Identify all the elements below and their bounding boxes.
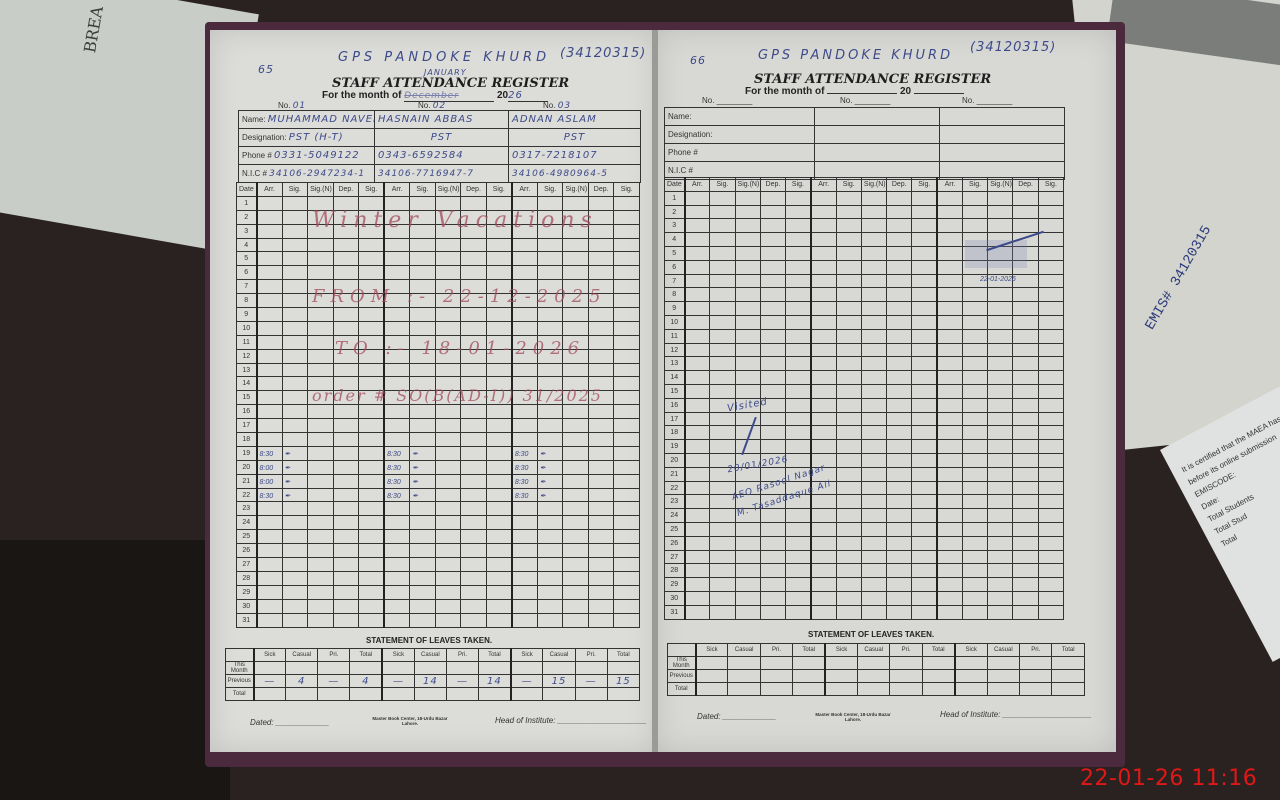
- school-name: GPS PANDOKE KHURD: [338, 50, 550, 65]
- table-row: 10: [665, 316, 1064, 330]
- school-code: (34120315): [560, 46, 646, 61]
- staff-2-designation: PST: [375, 129, 509, 147]
- leaves-row-total: Total: [226, 688, 640, 701]
- printer-imprint: Master Book Center, 18-Urdu Bazar Lahore…: [808, 712, 898, 722]
- staff-2-phone: 0343-6592584: [375, 147, 509, 165]
- table-row: 17: [665, 412, 1064, 426]
- register-title: STAFF ATTENDANCE REGISTER: [332, 76, 569, 91]
- table-row: 20: [665, 454, 1064, 468]
- table-row: 26: [237, 544, 640, 558]
- table-row: 18: [665, 426, 1064, 440]
- table-row: 12: [237, 349, 640, 363]
- camera-timestamp: 22-01-26 11:16: [1080, 766, 1257, 791]
- table-row: 3: [665, 219, 1064, 233]
- table-row: 1: [665, 191, 1064, 205]
- month-label: For the month of: [322, 90, 401, 101]
- table-row: 6: [665, 260, 1064, 274]
- table-row: 1: [237, 196, 640, 210]
- table-row: 7: [665, 274, 1064, 288]
- table-row: 10: [237, 321, 640, 335]
- table-row: 4: [665, 233, 1064, 247]
- table-row: 29: [665, 578, 1064, 592]
- table-row: 15: [665, 385, 1064, 399]
- leaves-row-previous: Previous —4—4 —14—14 —15—15: [226, 675, 640, 688]
- staff-3-name: ADNAN ASLAM: [509, 111, 641, 129]
- table-row: 16: [665, 398, 1064, 412]
- book-spine: [652, 30, 658, 752]
- table-row: 27: [665, 550, 1064, 564]
- table-row: 23: [237, 502, 640, 516]
- grid-header-row: DateArr.Sig.Sig.(N)Dep.Sig.Arr.Sig.Sig.(…: [665, 178, 1064, 192]
- table-row: 14: [237, 377, 640, 391]
- table-row: 27: [237, 558, 640, 572]
- table-row: 24: [237, 516, 640, 530]
- left-staff-info-table: Name: MUHAMMAD NAVEED HASNAIN ABBAS ADNA…: [238, 110, 641, 183]
- table-row: 30: [237, 599, 640, 613]
- table-row: 9: [665, 302, 1064, 316]
- table-row: 6: [237, 266, 640, 280]
- table-row: 11: [237, 335, 640, 349]
- left-attendance-grid: DateArr.Sig.Sig.(N)Dep.Sig.Arr.Sig.Sig.(…: [236, 182, 640, 628]
- table-row: 8: [665, 288, 1064, 302]
- staff-1-designation: Designation: PST (H-T): [239, 129, 375, 147]
- table-row: 16: [237, 405, 640, 419]
- table-row: 12: [665, 343, 1064, 357]
- table-row: 2: [237, 210, 640, 224]
- designation-row: Designation: PST (H-T) PST PST: [239, 129, 641, 147]
- table-row: 30: [665, 592, 1064, 606]
- left-leaves-table: SickCasualPri.Total SickCasualPri.Total …: [225, 648, 640, 701]
- staff-2-nic: 34106-7716947-7: [375, 165, 509, 183]
- staff-3-designation: PST: [509, 129, 641, 147]
- phone-row: Phone # 0331-5049122 0343-6592584 0317-7…: [239, 147, 641, 165]
- dated-field: Dated: ____________: [250, 718, 329, 727]
- table-row: 31: [665, 605, 1064, 619]
- table-row: 8: [237, 294, 640, 308]
- table-row: 5: [665, 247, 1064, 261]
- table-row: 28: [237, 571, 640, 585]
- right-leaves-table: SickCasualPri.Total SickCasualPri.Total …: [667, 643, 1085, 696]
- table-row: 28: [665, 564, 1064, 578]
- table-row: 31: [237, 613, 640, 627]
- table-row: 14: [665, 371, 1064, 385]
- register-title: STAFF ATTENDANCE REGISTER: [754, 72, 991, 87]
- head-of-institute-field: Head of Institute: ____________________: [495, 716, 647, 725]
- table-row: 218:00✒8:30✒8:30✒: [237, 474, 640, 488]
- table-row: 9: [237, 308, 640, 322]
- table-row: 13: [665, 357, 1064, 371]
- table-row: 4: [237, 238, 640, 252]
- page-number-mark: 66: [690, 54, 706, 67]
- background-shadow: [0, 540, 230, 800]
- name-row: Name: MUHAMMAD NAVEED HASNAIN ABBAS ADNA…: [239, 111, 641, 129]
- table-row: 21: [665, 467, 1064, 481]
- nic-row: N.I.C # 34106-2947234-1 34106-7716947-7 …: [239, 165, 641, 183]
- table-row: 25: [665, 523, 1064, 537]
- staff-2-name: HASNAIN ABBAS: [375, 111, 509, 129]
- table-row: 228:30✒8:30✒8:30✒: [237, 488, 640, 502]
- table-row: 26: [665, 536, 1064, 550]
- page-number-mark: 65: [258, 63, 274, 76]
- school-name: GPS PANDOKE KHURD: [758, 48, 953, 63]
- staff-3-phone: 0317-7218107: [509, 147, 641, 165]
- staff-1-phone: Phone # 0331-5049122: [239, 147, 375, 165]
- table-row: 18: [237, 433, 640, 447]
- table-row: 208:00✒8:30✒8:30✒: [237, 460, 640, 474]
- year-prefix: 20: [497, 90, 508, 101]
- table-row: 17: [237, 419, 640, 433]
- table-row: 11: [665, 329, 1064, 343]
- table-row: 2: [665, 205, 1064, 219]
- leaves-title: STATEMENT OF LEAVES TAKEN.: [366, 636, 492, 645]
- school-code: (34120315): [970, 40, 1056, 55]
- leaves-row-this-month: This Month: [226, 662, 640, 675]
- staff-1-nic: N.I.C # 34106-2947234-1: [239, 165, 375, 183]
- right-attendance-grid: DateArr.Sig.Sig.(N)Dep.Sig.Arr.Sig.Sig.(…: [664, 177, 1064, 620]
- staff-numbers: No. ________ No. ________ No. ________: [702, 96, 1042, 105]
- dated-field: Dated: ____________: [697, 712, 776, 721]
- table-row: 5: [237, 252, 640, 266]
- grid-header-row: DateArr.Sig.Sig.(N)Dep.Sig.Arr.Sig.Sig.(…: [237, 183, 640, 197]
- leaves-title: STATEMENT OF LEAVES TAKEN.: [808, 630, 934, 639]
- table-row: 19: [665, 440, 1064, 454]
- table-row: 15: [237, 391, 640, 405]
- right-staff-info-table: Name: Designation: Phone # N.I.C #: [664, 107, 1065, 180]
- staff-1-name: Name: MUHAMMAD NAVEED: [239, 111, 375, 129]
- table-row: 198:30✒8:30✒8:30✒: [237, 446, 640, 460]
- table-row: 22: [665, 481, 1064, 495]
- table-row: 25: [237, 530, 640, 544]
- table-row: 3: [237, 224, 640, 238]
- table-row: 29: [237, 585, 640, 599]
- table-row: 24: [665, 509, 1064, 523]
- staff-3-nic: 34106-4980964-5: [509, 165, 641, 183]
- table-row: 23: [665, 495, 1064, 509]
- table-row: 7: [237, 280, 640, 294]
- table-row: 13: [237, 363, 640, 377]
- printer-imprint: Master Book Center, 18-Urdu Bazar Lahore…: [365, 716, 455, 726]
- head-of-institute-field: Head of Institute: ____________________: [940, 710, 1092, 719]
